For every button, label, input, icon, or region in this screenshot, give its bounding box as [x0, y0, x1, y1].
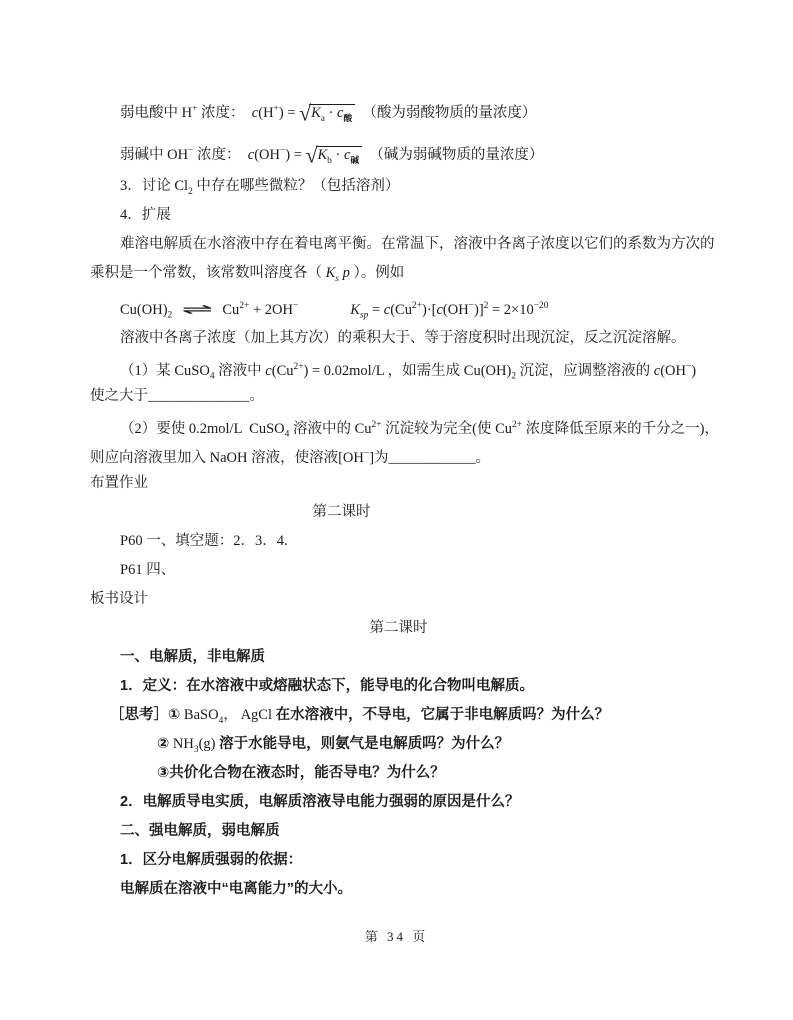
heading-homework: 布置作业: [90, 469, 707, 498]
question-2-blank-line: 则应向溶液里加入 NaOH 溶液，使溶液[OH−]为____________。: [90, 440, 707, 469]
question-2-line1: （2）要使 0.2mol/L CuSO4 溶液中的 Cu2+ 沉淀较为完全(使 …: [90, 411, 707, 440]
page-number: 第 34 页: [0, 926, 793, 945]
formula-weak-base-concentration: 弱碱中 OH− 浓度： c(OH−) = √Kb · c碱 （碱为弱碱物质的量浓…: [90, 130, 707, 172]
para-ksp-intro-line1: 难溶电解质在水溶液中存在着电离平衡。在常温下，溶液中各离子浓度以它们的系数为方次…: [90, 230, 707, 259]
board-criterion-title: 1．区分电解质强弱的依据：: [90, 846, 707, 875]
heading-board-design: 板书设计: [90, 585, 707, 614]
homework-item-p60: P60 一、填空题：2．3．4.: [90, 527, 707, 556]
document-body: 弱电酸中 H+ 浓度： c(H+) = √Ka · c酸 （酸为弱酸物质的量浓度…: [90, 88, 707, 904]
formula-weak-acid-concentration: 弱电酸中 H+ 浓度： c(H+) = √Ka · c酸 （酸为弱酸物质的量浓度…: [90, 88, 707, 130]
item-3-discuss-cl2: 3．讨论 Cl2 中存在哪些微粒？（包括溶剂）: [90, 172, 707, 201]
board-question-2: 2．电解质导电实质，电解质溶液导电能力强弱的原因是什么？: [90, 788, 707, 817]
equation-cuoh2-ksp: Cu(OH)2⇌Cu2+ + 2OH−Ksp = c(Cu2+)·[c(OH−)…: [90, 288, 707, 324]
item-4-extension: 4．扩展: [90, 201, 707, 230]
question-1-blank-line: 使之大于______________。: [90, 382, 707, 411]
board-think-question-1: ［思考］① BaSO4， AgCl 在水溶液中，不导电，它属于非电解质吗？为什么…: [90, 701, 707, 730]
para-ksp-intro-line2: 乘积是一个常数，该常数叫溶度各（ Ks p ）。例如: [90, 259, 707, 288]
board-think-question-2: ② NH3(g) 溶于水能导电，则氨气是电解质吗？为什么？: [90, 730, 707, 759]
question-1-line1: （1）某 CuSO4 溶液中 c(Cu2+) = 0.02mol/L ，如需生成…: [90, 353, 707, 382]
board-definition: 1．定义：在水溶液中或熔融状态下，能导电的化合物叫电解质。: [90, 672, 707, 701]
heading-lesson-period-2-board: 第二课时: [90, 614, 707, 643]
document-page: 弱电酸中 H+ 浓度： c(H+) = √Ka · c酸 （酸为弱酸物质的量浓度…: [0, 0, 793, 1020]
para-precipitation-rule: 溶液中各离子浓度（加上其方次）的乘积大于、等于溶度积时出现沉淀，反之沉淀溶解。: [90, 324, 707, 353]
board-think-question-3: ③共价化合物在液态时，能否导电？为什么？: [90, 759, 707, 788]
homework-item-p61: P61 四、: [90, 556, 707, 585]
board-criterion-detail: 电解质在溶液中“电离能力”的大小。: [90, 875, 707, 904]
board-section-2-title: 二、强电解质，弱电解质: [90, 817, 707, 846]
board-section-1-title: 一、电解质，非电解质: [90, 643, 707, 672]
heading-lesson-period-2-homework: 第二课时: [90, 498, 707, 527]
